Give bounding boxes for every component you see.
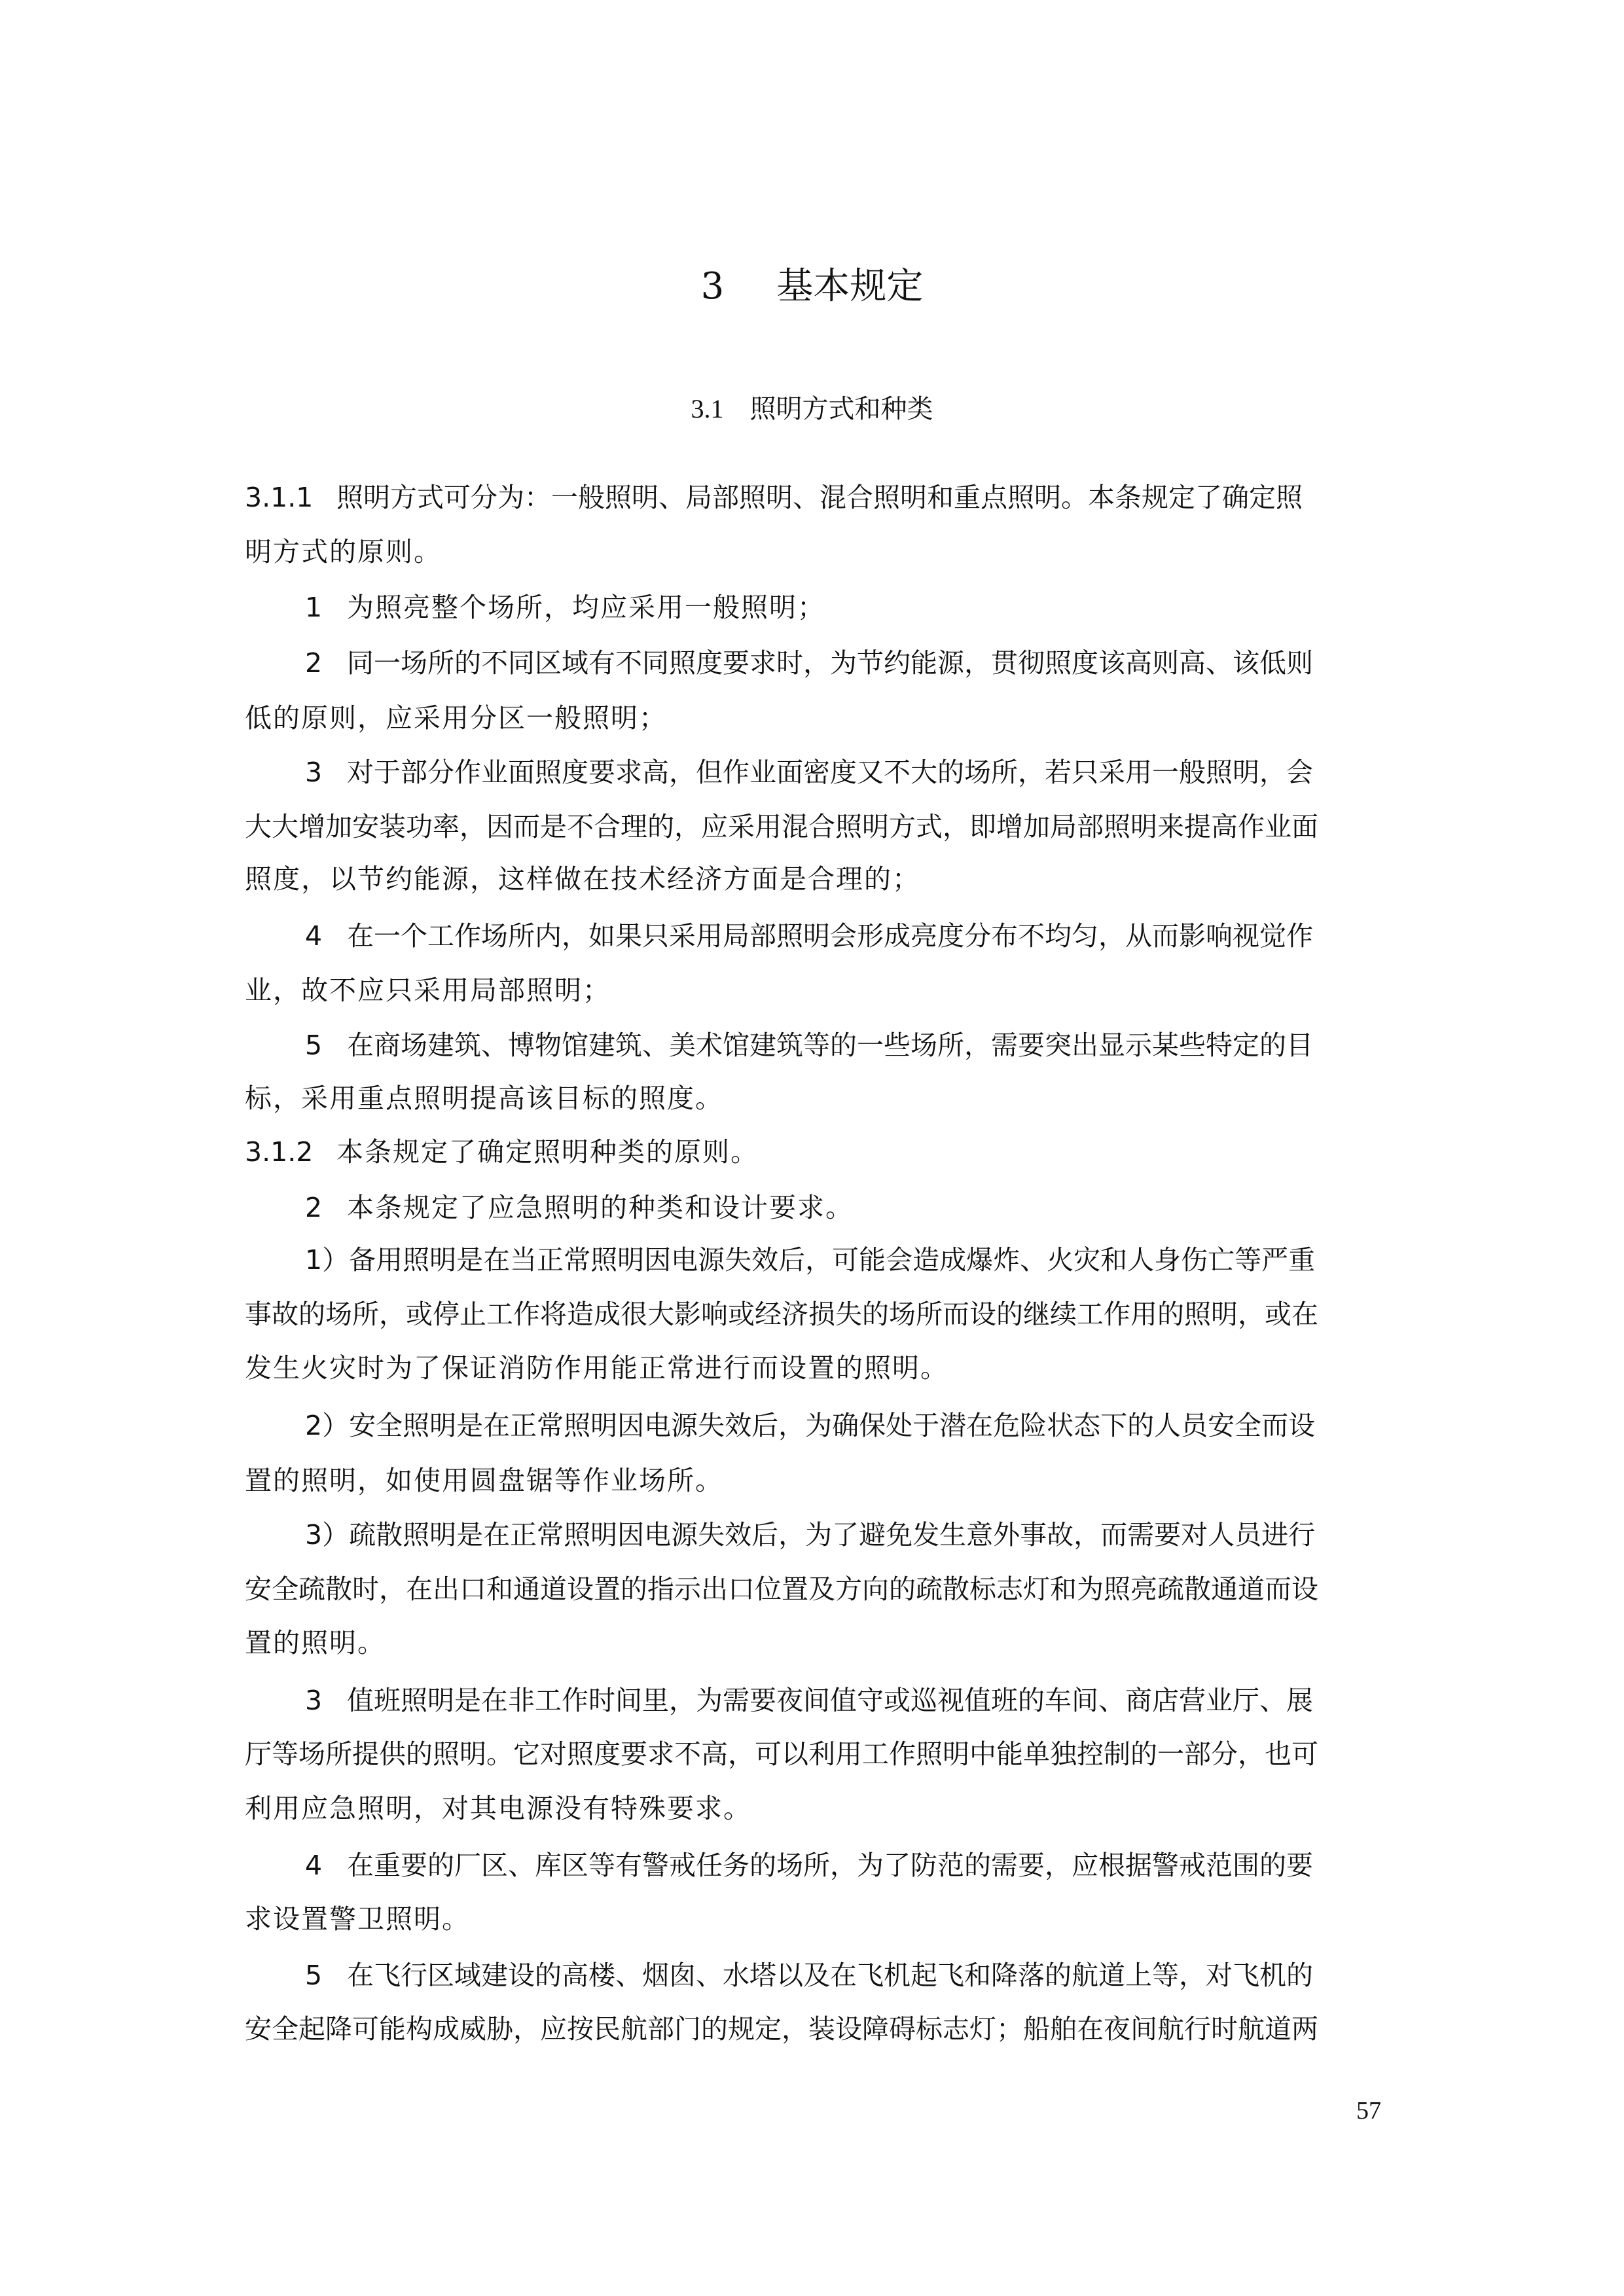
line-text: 照度，以节约能源，这样做在技术经济方面是合理的； [245, 863, 920, 895]
line-text: 备用照明是在当正常照明因电源失效后，可能会造成爆炸、火灾和人身伤亡等严重 [349, 1244, 1315, 1276]
item-number: 3） [305, 1507, 349, 1562]
page-number: 57 [1348, 2094, 1381, 2127]
list-item-line: 1）备用照明是在当正常照明因电源失效后，可能会造成爆炸、火灾和人身伤亡等严重 [305, 1232, 1377, 1287]
line-text: 安全疏散时，在出口和通道设置的指示出口位置及方向的疏散标志灯和为照亮疏散通道而设 [245, 1573, 1318, 1605]
item-number: 1） [305, 1232, 349, 1287]
list-item-line: 2本条规定了应急照明的种类和设计要求。 [305, 1180, 1377, 1235]
text-line: 标，采用重点照明提高该目标的照度。 [245, 1071, 1377, 1126]
line-text: 大大增加安装功率，因而是不合理的，应采用混合照明方式，即增加局部照明来提高作业面 [245, 811, 1318, 842]
text-line: 大大增加安装功率，因而是不合理的，应采用混合照明方式，即增加局部照明来提高作业面 [245, 799, 1377, 854]
line-text: 安全起降可能构成威胁，应按民航部门的规定，装设障碍标志灯；船舶在夜间航行时航道两 [245, 2013, 1318, 2045]
text-line: 安全疏散时，在出口和通道设置的指示出口位置及方向的疏散标志灯和为照亮疏散通道而设 [245, 1562, 1377, 1617]
text-line: 厅等场所提供的照明。它对照度要求不高，可以利用工作照明中能单独控制的一部分，也可 [245, 1727, 1377, 1782]
text-line: 低的原则，应采用分区一般照明； [245, 691, 1377, 745]
clause-number: 3.1.1 [245, 470, 336, 525]
list-item-line: 4在一个工作场所内，如果只采用局部照明会形成亮度分布不均匀，从而影响视觉作 [305, 908, 1377, 963]
line-text: 本条规定了确定照明种类的原则。 [336, 1136, 759, 1168]
line-text: 对于部分作业面照度要求高，但作业面密度又不大的场所，若只采用一般照明，会 [347, 757, 1313, 788]
item-number: 2 [305, 636, 347, 691]
clause-line: 3.1.2本条规定了确定照明种类的原则。 [245, 1124, 1377, 1179]
line-text: 在商场建筑、博物馆建筑、美术馆建筑等的一些场所，需要突出显示某些特定的目 [347, 1030, 1313, 1061]
line-text: 疏散照明是在正常照明因电源失效后，为了避免发生意外事故，而需要对人员进行 [349, 1519, 1315, 1551]
line-text: 在飞行区域建设的高楼、烟囱、水塔以及在飞机起飞和降落的航道上等，对飞机的 [347, 1960, 1313, 1991]
line-text: 置的照明。 [245, 1627, 386, 1659]
text-line: 明方式的原则。 [245, 524, 1377, 579]
line-text: 明方式的原则。 [245, 536, 442, 567]
item-number: 3 [305, 1673, 347, 1728]
line-text: 厅等场所提供的照明。它对照度要求不高，可以利用工作照明中能单独控制的一部分，也可 [245, 1738, 1318, 1770]
item-number: 2） [305, 1398, 349, 1453]
list-item-line: 3值班照明是在非工作时间里，为需要夜间值守或巡视值班的车间、商店营业厅、展 [305, 1673, 1377, 1728]
item-number: 1 [305, 580, 347, 635]
item-number: 3 [305, 745, 347, 800]
line-text: 本条规定了应急照明的种类和设计要求。 [347, 1192, 854, 1223]
line-text: 发生火灾时为了保证消防作用能正常进行而设置的照明。 [245, 1352, 948, 1384]
text-line: 照度，以节约能源，这样做在技术经济方面是合理的； [245, 852, 1377, 906]
item-number: 5 [305, 1018, 347, 1073]
list-item-line: 2）安全照明是在正常照明因电源失效后，为确保处于潜在危险状态下的人员安全而设 [305, 1398, 1377, 1453]
text-line: 利用应急照明，对其电源没有特殊要求。 [245, 1781, 1377, 1836]
item-number: 4 [305, 908, 347, 963]
line-text: 值班照明是在非工作时间里，为需要夜间值守或巡视值班的车间、商店营业厅、展 [347, 1685, 1313, 1716]
line-text: 标，采用重点照明提高该目标的照度。 [245, 1083, 723, 1114]
line-text: 在一个工作场所内，如果只采用局部照明会形成亮度分布不均匀，从而影响视觉作 [347, 920, 1313, 952]
section-title: 3.1照明方式和种类 [0, 389, 1624, 429]
item-number: 4 [305, 1838, 347, 1893]
list-item-line: 3）疏散照明是在正常照明因电源失效后，为了避免发生意外事故，而需要对人员进行 [305, 1507, 1377, 1562]
list-item-line: 5在商场建筑、博物馆建筑、美术馆建筑等的一些场所，需要突出显示某些特定的目 [305, 1018, 1377, 1073]
clause-number: 3.1.2 [245, 1124, 336, 1179]
text-line: 业，故不应只采用局部照明； [245, 963, 1377, 1018]
list-item-line: 4在重要的厂区、库区等有警戒任务的场所，为了防范的需要，应根据警戒范围的要 [305, 1838, 1377, 1893]
text-line: 置的照明，如使用圆盘锯等作业场所。 [245, 1453, 1377, 1508]
list-item-line: 2同一场所的不同区域有不同照度要求时，为节约能源，贯彻照度该高则高、该低则 [305, 636, 1377, 691]
text-line: 事故的场所，或停止工作将造成很大影响或经济损失的场所而设的继续工作用的照明，或在 [245, 1287, 1377, 1342]
chapter-title: 3基本规定 [0, 260, 1624, 313]
section-number: 3.1 [691, 394, 724, 423]
item-number: 5 [305, 1948, 347, 2003]
line-text: 利用应急照明，对其电源没有特殊要求。 [245, 1793, 751, 1824]
list-item-line: 5在飞行区域建设的高楼、烟囱、水塔以及在飞机起飞和降落的航道上等，对飞机的 [305, 1948, 1377, 2003]
chapter-title-text: 基本规定 [776, 265, 923, 308]
chapter-number: 3 [701, 265, 725, 308]
line-text: 低的原则，应采用分区一般照明； [245, 702, 667, 734]
line-text: 安全照明是在正常照明因电源失效后，为确保处于潜在危险状态下的人员安全而设 [349, 1410, 1315, 1441]
text-line: 求设置警卫照明。 [245, 1892, 1377, 1946]
line-text: 照明方式可分为：一般照明、局部照明、混合照明和重点照明。本条规定了确定照 [336, 482, 1303, 513]
line-text: 事故的场所，或停止工作将造成很大影响或经济损失的场所而设的继续工作用的照明，或在 [245, 1299, 1318, 1330]
text-line: 安全起降可能构成威胁，应按民航部门的规定，装设障碍标志灯；船舶在夜间航行时航道两 [245, 2001, 1377, 2056]
line-text: 求设置警卫照明。 [245, 1903, 470, 1935]
line-text: 在重要的厂区、库区等有警戒任务的场所，为了防范的需要，应根据警戒范围的要 [347, 1850, 1313, 1881]
section-title-text: 照明方式和种类 [750, 394, 933, 424]
clause-line: 3.1.1照明方式可分为：一般照明、局部照明、混合照明和重点照明。本条规定了确定… [245, 470, 1377, 525]
list-item-line: 1为照亮整个场所，均应采用一般照明； [305, 580, 1377, 635]
line-text: 为照亮整个场所，均应采用一般照明； [347, 592, 825, 623]
line-text: 置的照明，如使用圆盘锯等作业场所。 [245, 1465, 723, 1496]
list-item-line: 3对于部分作业面照度要求高，但作业面密度又不大的场所，若只采用一般照明，会 [305, 745, 1377, 800]
document-page: 3基本规定 3.1照明方式和种类 3.1.1照明方式可分为：一般照明、局部照明、… [0, 0, 1624, 2296]
item-number: 2 [305, 1180, 347, 1235]
line-text: 同一场所的不同区域有不同照度要求时，为节约能源，贯彻照度该高则高、该低则 [347, 647, 1313, 679]
text-line: 发生火灾时为了保证消防作用能正常进行而设置的照明。 [245, 1340, 1377, 1395]
line-text: 业，故不应只采用局部照明； [245, 975, 611, 1006]
text-line: 置的照明。 [245, 1615, 1377, 1670]
